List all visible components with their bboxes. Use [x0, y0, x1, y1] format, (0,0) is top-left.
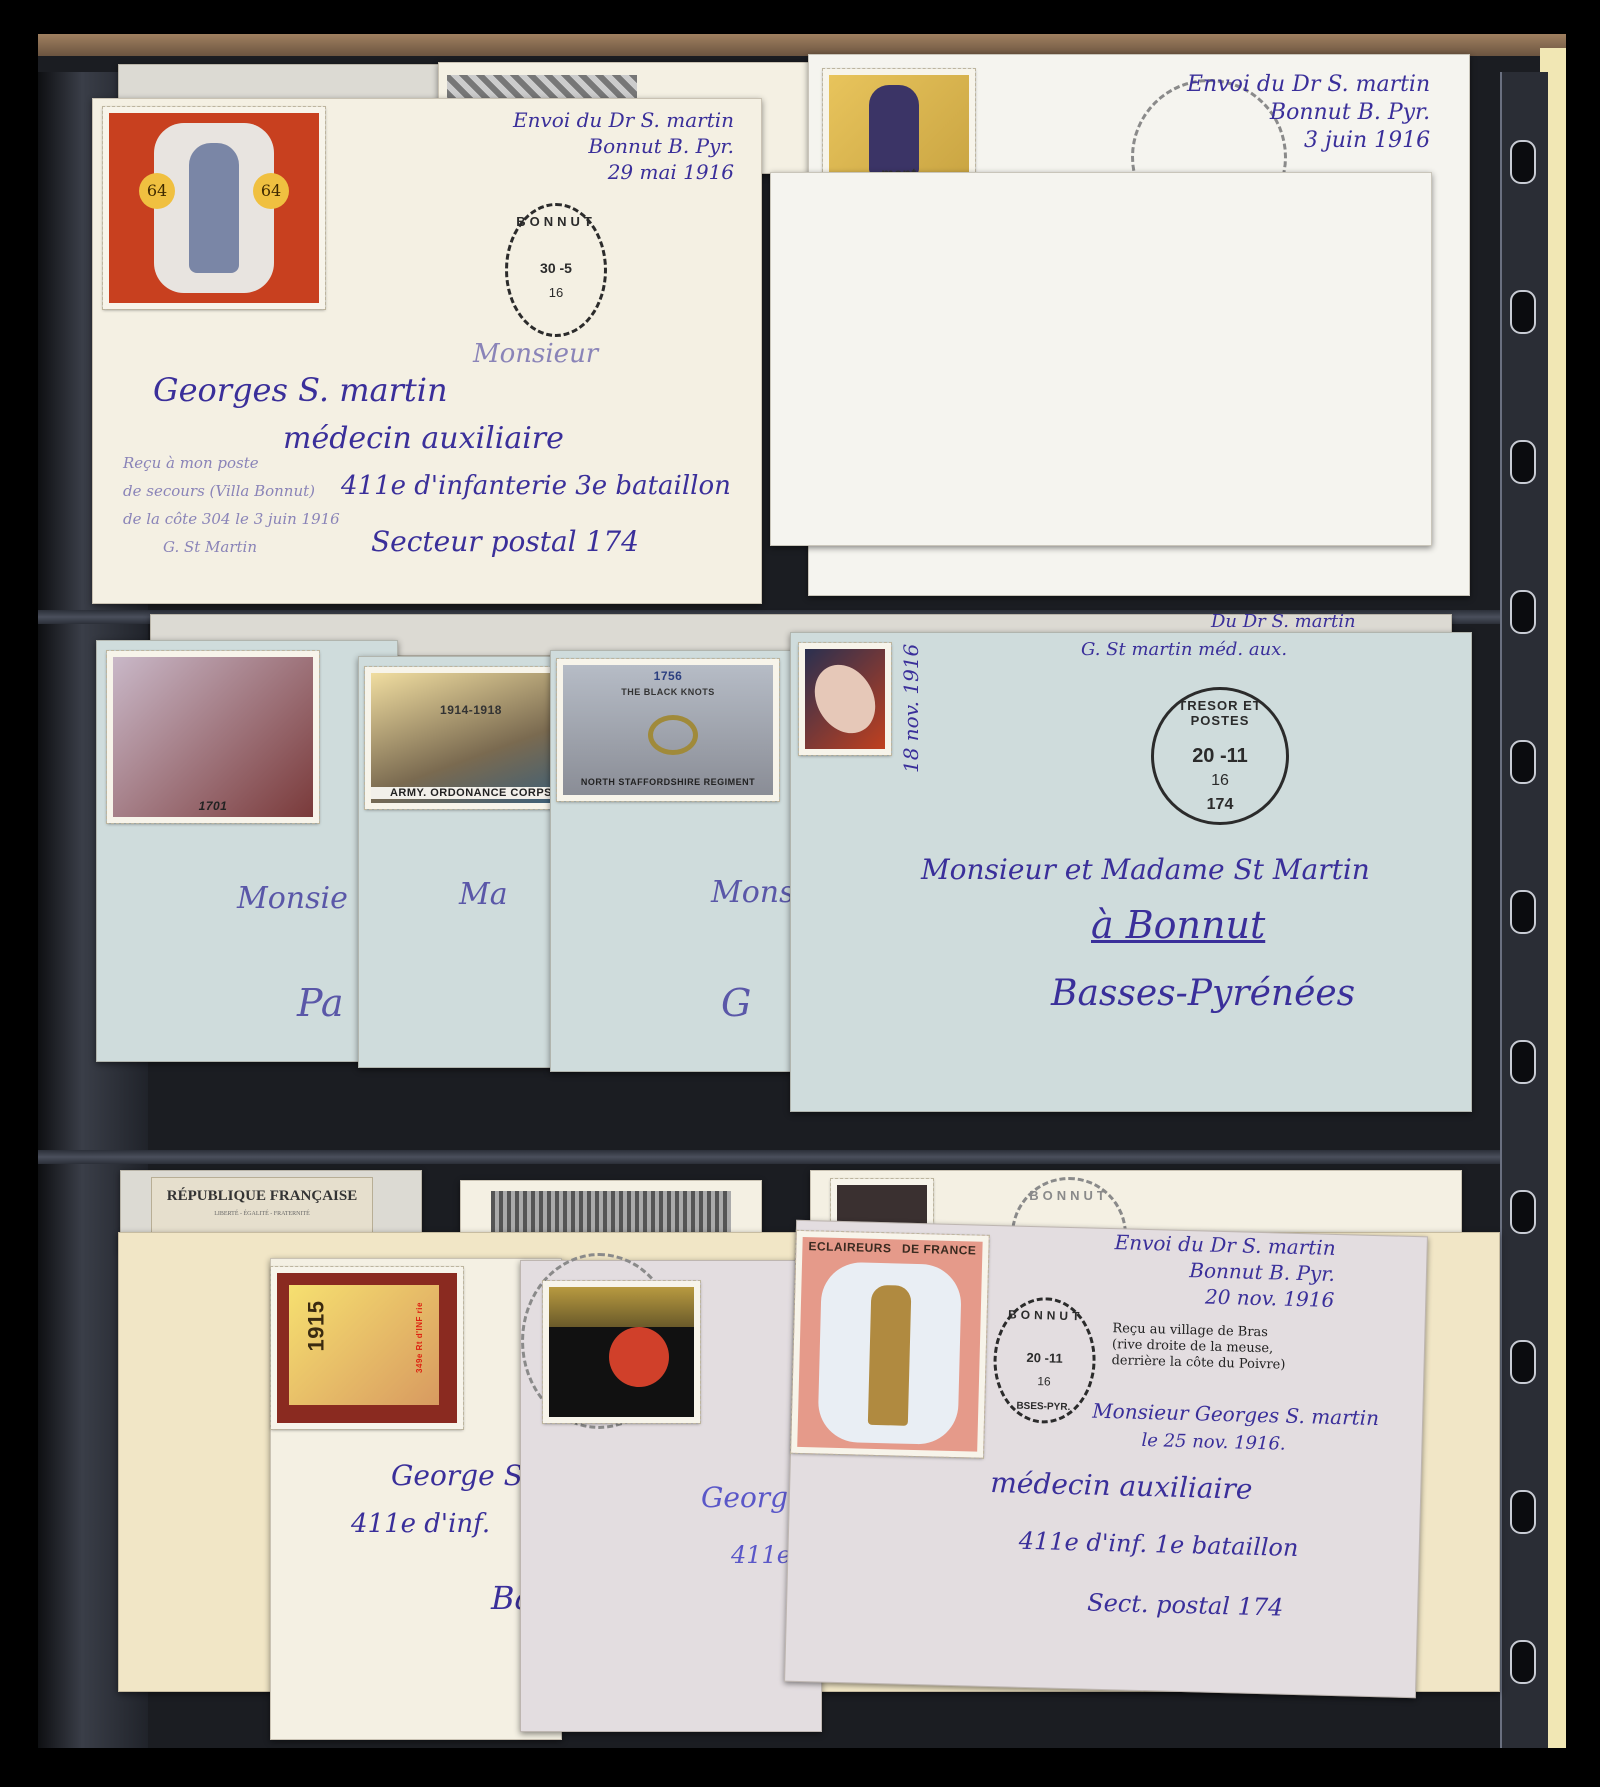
vignette-stamp-marianne: [543, 1281, 700, 1423]
reception-date: le 25 nov. 1916.: [1141, 1430, 1286, 1455]
sender-note: Envoi du Dr S. martin Bonnut B. Pyr. 3 j…: [1187, 71, 1430, 155]
address-line: médecin auxiliaire: [990, 1466, 1253, 1506]
address-line: 411e: [731, 1541, 791, 1569]
plain-envelope-back: [770, 172, 1432, 546]
binder-hole-icon: [1510, 1190, 1536, 1234]
address-line: Monsie: [237, 881, 348, 916]
phrygian-cap: [609, 1327, 669, 1387]
binder-hole-icon: [1510, 140, 1536, 184]
address-line: Monsieur et Madame St Martin: [921, 853, 1370, 886]
address-line: Monsieur Georges S. martin: [1092, 1399, 1379, 1431]
address-line: G: [721, 981, 751, 1025]
side-date: 18 nov. 1916: [899, 644, 923, 773]
binder-hole-icon: [1510, 590, 1536, 634]
address-line: 411e d'inf.: [351, 1509, 490, 1539]
binder-hole-icon: [1510, 1040, 1536, 1084]
vignette-stamp-64: 64 64: [103, 107, 325, 309]
strip-divider: [38, 1150, 1500, 1164]
binder-hole-icon: [1510, 740, 1536, 784]
cover-bonnut-29-mai[interactable]: 64 64 Envoi du Dr S. martin Bonnut B. Py…: [92, 98, 762, 604]
vignette-stamp-north-staffordshire: 1756 THE BLACK KNOTS NORTH STAFFORDSHIRE…: [557, 659, 779, 801]
reception-note: Reçu au village de Bras (rive droite de …: [1111, 1321, 1286, 1374]
badge-64: 64: [139, 173, 175, 209]
oval-medallion: [803, 654, 887, 744]
soldier-figure: [189, 143, 239, 273]
address-line: à Bonnut: [1091, 903, 1265, 947]
scout-figure: [868, 1285, 912, 1426]
vignette-stamp-eclaireurs: ECLAIREURS DE FRANCE: [791, 1231, 989, 1458]
address-line: Monsieur: [473, 339, 598, 369]
binder-hole-icon: [1510, 1490, 1536, 1534]
flag-drape: [549, 1287, 694, 1327]
address-line: Secteur postal 174: [371, 525, 639, 558]
cover-north-staffordshire[interactable]: 1756 THE BLACK KNOTS NORTH STAFFORDSHIRE…: [550, 650, 802, 1072]
sender-note: G. St martin méd. aux.: [1081, 639, 1287, 660]
address-line: 411e d'inf. 1e bataillon: [1018, 1527, 1298, 1562]
sender-note: Envoi du Dr S. martin Bonnut B. Pyr. 29 …: [513, 107, 734, 185]
republique-francaise-label: RÉPUBLIQUE FRANÇAISE LIBERTÉ - ÉGALITÉ -…: [151, 1177, 373, 1235]
soldier-figure: [869, 85, 919, 175]
postmark-bonnut: BONNUT 30 -5 16: [505, 203, 607, 337]
cover-army-ordonance[interactable]: 1914-1918 ARMY. ORDONANCE CORPS Ma: [358, 656, 580, 1068]
postmark-tresor-et-postes: TRESOR ET POSTES 20 -11 16 174: [1151, 687, 1289, 825]
binder-hole-icon: [1510, 1340, 1536, 1384]
vignette-stamp-emblem: [799, 643, 891, 755]
cover-1701[interactable]: 1701 Monsie Pa: [96, 640, 398, 1062]
sender-note: Envoi du Dr S. martin Bonnut B. Pyr. 20 …: [1113, 1229, 1336, 1313]
cover-bonnut-20-nov[interactable]: ECLAIREURS DE FRANCE BONNUT 20 -11 16 BS…: [784, 1220, 1428, 1698]
vignette-stamp-army-ordonance: 1914-1918 ARMY. ORDONANCE CORPS: [365, 667, 577, 809]
address-line: Basses-Pyrénées: [1051, 973, 1355, 1014]
binder-hole-icon: [1510, 440, 1536, 484]
address-line: Ma: [459, 877, 508, 912]
vignette-stamp-1915: 1915 349e Rt d'INF rie: [271, 1267, 463, 1429]
sender-note: Du Dr S. martin: [1211, 611, 1356, 632]
cover-tresor-et-postes[interactable]: Du Dr S. martin G. St martin méd. aux. 1…: [790, 632, 1472, 1112]
binder-hole-icon: [1510, 1640, 1536, 1684]
postmark-bonnut: BONNUT 20 -11 16 BSES-PYR.: [992, 1296, 1097, 1425]
address-line: Sect. postal 174: [1087, 1589, 1284, 1622]
badge-64: 64: [253, 173, 289, 209]
cover-1915[interactable]: 1915 349e Rt d'INF rie George S. m 411e …: [270, 1258, 562, 1740]
binder-hole-icon: [1510, 890, 1536, 934]
cover-marianne[interactable]: 22 8 George 411e: [520, 1260, 822, 1732]
reception-note: Reçu à mon poste de secours (Villa Bonnu…: [123, 449, 340, 561]
stafford-knot-icon: [648, 715, 698, 755]
address-line: Pa: [297, 981, 344, 1025]
album-top-edge: [38, 34, 1566, 56]
address-line: Georges S. martin: [153, 371, 448, 409]
vignette-stamp-1701: 1701: [107, 651, 319, 823]
binder-hole-icon: [1510, 290, 1536, 334]
address-line: 411e d'infanterie 3e bataillon: [341, 471, 731, 501]
